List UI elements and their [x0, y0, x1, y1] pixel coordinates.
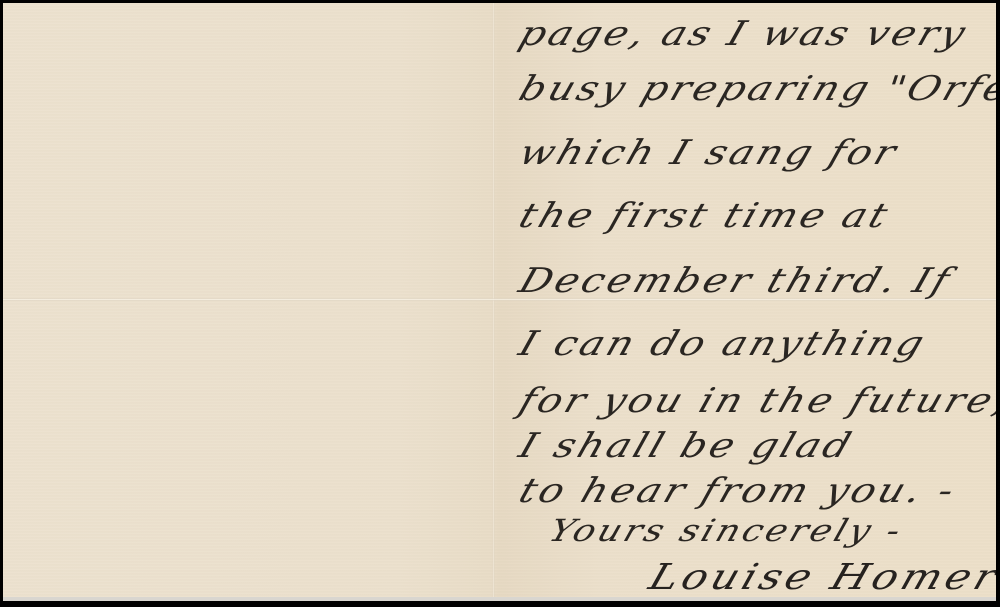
letter-line-1: page, as I was very — [515, 17, 972, 51]
letter-line-4: the first time at — [515, 199, 894, 233]
scan-bottom-edge — [3, 597, 996, 601]
letter-line-2: busy preparing "Orfeo" — [515, 72, 996, 106]
letter-line-7: for you in the future, — [515, 384, 996, 418]
letter-line-8: I shall be glad — [515, 429, 858, 463]
right-page: page, as I was very busy preparing "Orfe… — [495, 3, 996, 597]
letter-closing: Yours sincerely - — [545, 516, 907, 547]
letter-line-9: to hear from you. - — [515, 474, 961, 508]
letter-line-3: which I sang for — [515, 136, 903, 170]
letter-line-5: December third. If — [515, 264, 956, 298]
letter-sheet: page, as I was very busy preparing "Orfe… — [3, 3, 996, 597]
letter-signature: Louise Homer — [645, 559, 996, 595]
letter-line-6: I can do anything — [515, 327, 931, 361]
